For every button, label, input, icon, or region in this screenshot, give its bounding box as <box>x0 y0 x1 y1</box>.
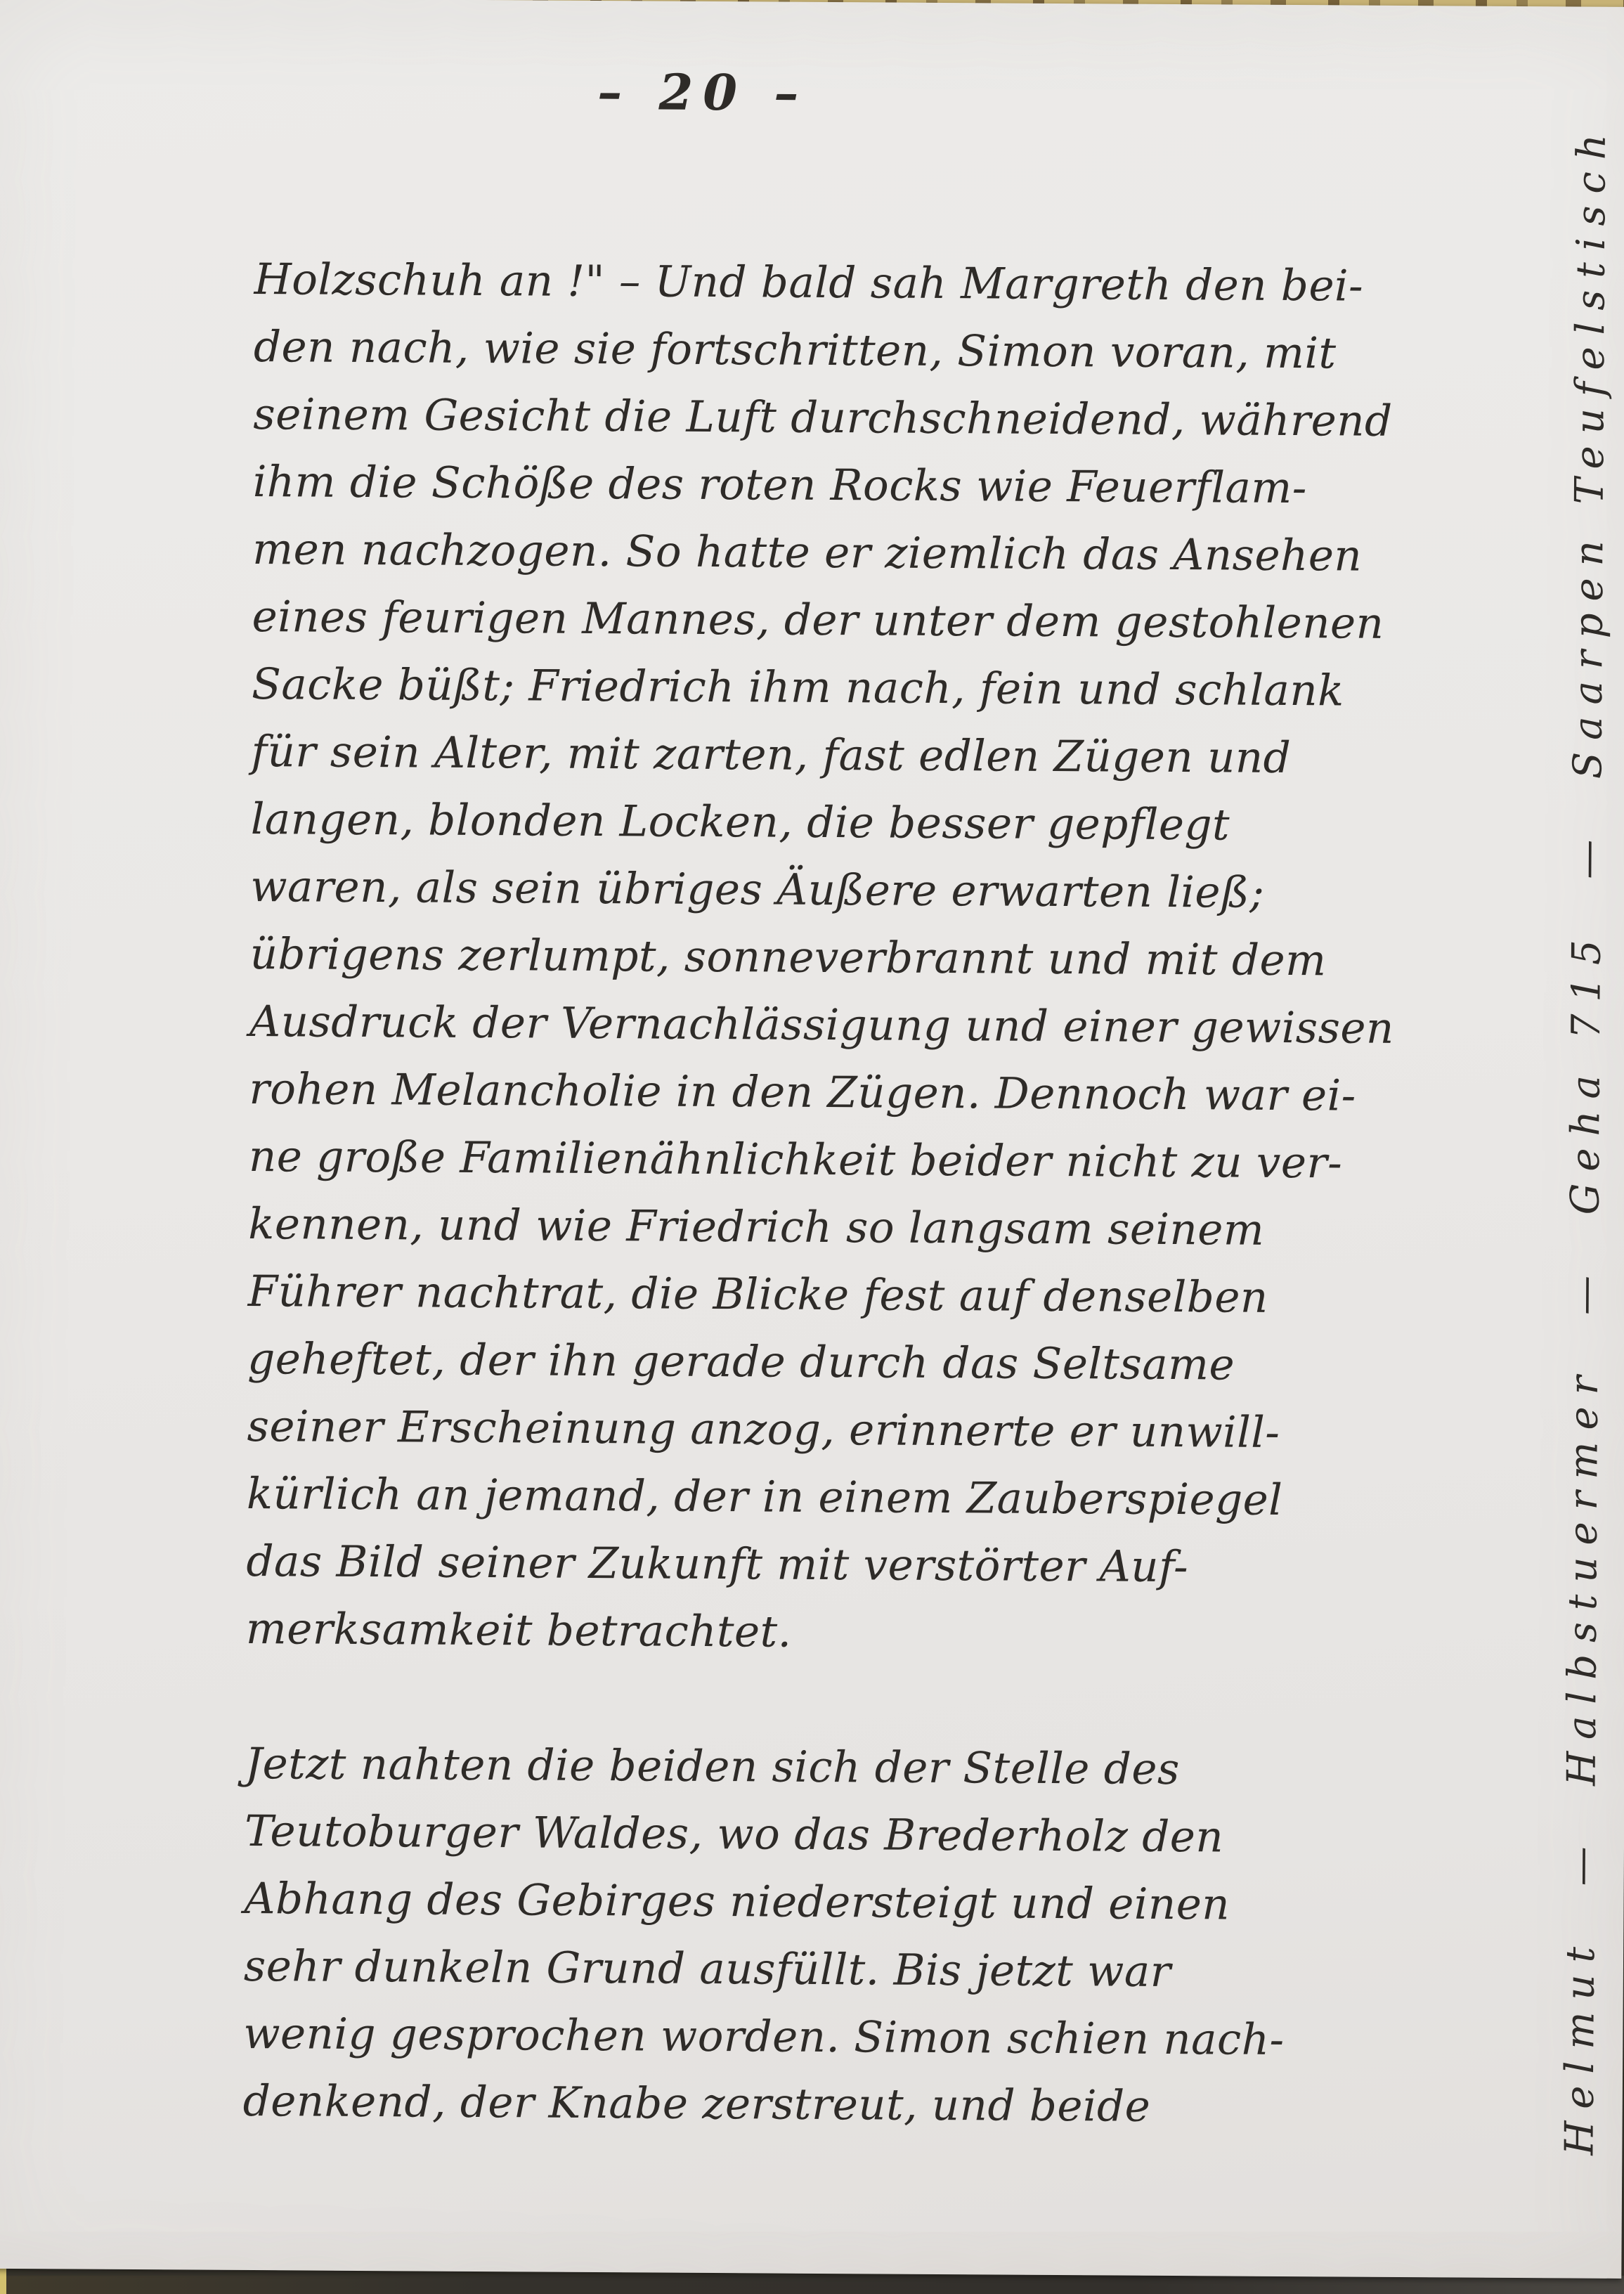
manuscript-body: Holzschuh an !" – Und bald sah Margreth … <box>242 246 1398 2142</box>
manuscript-page: – 20 – Holzschuh an !" – Und bald sah Ma… <box>0 0 1624 2279</box>
photo-backdrop: – 20 – Holzschuh an !" – Und bald sah Ma… <box>0 0 1624 2294</box>
backdrop-bottom-strip <box>0 2276 1624 2294</box>
margin-note: Helmut — Halbstuermer — Geha 715 — Saarp… <box>1557 287 1613 2155</box>
page-number: – 20 – <box>0 59 1416 126</box>
